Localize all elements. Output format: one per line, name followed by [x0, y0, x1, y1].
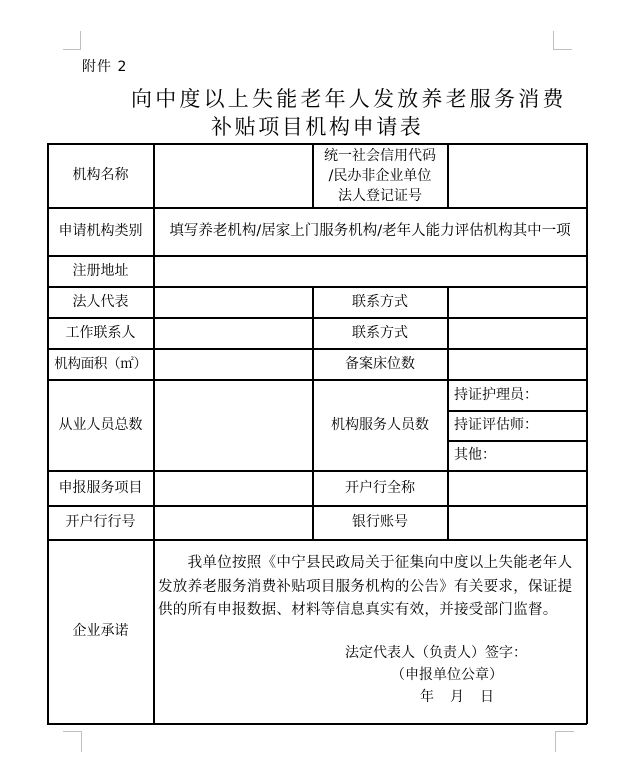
seal-label: （申报单位公章）	[391, 665, 503, 685]
corner-mark-top-right-h	[553, 49, 572, 50]
commitment-line: 供的所有申报数据、材料等信息真实有效，并接受部门监督。	[158, 599, 583, 623]
legal-rep-contact-label: 联系方式	[313, 287, 447, 317]
legal-rep-field[interactable]	[154, 287, 312, 317]
other-staff-field[interactable]: 其他：	[448, 441, 586, 470]
commitment-line: 我单位按照《中宁县民政局关于征集向中度以上失能老年人	[158, 552, 583, 576]
signature-label: 法定代表人（负责人）签字：	[345, 643, 527, 663]
corner-mark-bottom-left-v	[81, 731, 82, 752]
work-contact-field[interactable]	[154, 318, 312, 348]
certified-assessors-field[interactable]: 持证评估师：	[448, 411, 586, 440]
certified-caregivers-field[interactable]: 持证护理员：	[448, 380, 586, 410]
commitment-line: 发放养老服务消费补贴项目服务机构的公告》有关要求，保证提	[158, 576, 583, 600]
credit-code-field[interactable]	[448, 144, 586, 207]
beds-label: 备案床位数	[313, 349, 447, 379]
area-label: 机构面积（㎡）	[48, 349, 153, 379]
page-title-line-1: 向中度以上失能老年人发放养老服务消费	[131, 85, 551, 113]
address-field[interactable]	[154, 256, 586, 286]
org-name-label: 机构名称	[48, 144, 153, 207]
corner-mark-bottom-left-h	[63, 731, 82, 732]
category-label: 申请机构类别	[48, 208, 153, 255]
credit-code-label-line: 统一社会信用代码	[324, 146, 436, 166]
bank-account-label: 银行账号	[313, 506, 447, 539]
bank-name-label: 开户行全称	[313, 471, 447, 505]
total-staff-field[interactable]	[154, 380, 312, 470]
legal-rep-contact-field[interactable]	[448, 287, 586, 317]
bank-code-label: 开户行行号	[48, 506, 153, 539]
work-contact-label: 工作联系人	[48, 318, 153, 348]
category-field[interactable]: 填写养老机构/居家上门服务机构/老年人能力评估机构其中一项	[154, 208, 586, 255]
service-items-field[interactable]	[154, 471, 312, 505]
corner-mark-top-right-v	[553, 31, 554, 50]
commitment-label: 企业承诺	[48, 540, 153, 723]
credit-code-label: 统一社会信用代码 /民办非企业单位 法人登记证号	[313, 144, 447, 207]
credit-code-label-line: /民办非企业单位	[329, 166, 432, 186]
attachment-label: 附件 2	[82, 57, 127, 77]
corner-mark-bottom-right-v	[555, 731, 556, 752]
corner-mark-top-left-v	[80, 31, 81, 50]
service-staff-label: 机构服务人员数	[313, 380, 447, 470]
bank-code-field[interactable]	[154, 506, 312, 539]
work-contact-phone-field[interactable]	[448, 318, 586, 348]
page-title-line-2: 补贴项目机构申请表	[211, 113, 431, 141]
beds-field[interactable]	[448, 349, 586, 379]
corner-mark-bottom-right-h	[555, 731, 574, 732]
corner-mark-top-left-h	[63, 49, 81, 50]
credit-code-label-line: 法人登记证号	[338, 186, 422, 206]
date-label: 年 月 日	[420, 687, 495, 707]
bank-name-field[interactable]	[448, 471, 586, 505]
work-contact-phone-label: 联系方式	[313, 318, 447, 348]
area-field[interactable]	[154, 349, 312, 379]
legal-rep-label: 法人代表	[48, 287, 153, 317]
org-name-field[interactable]	[154, 144, 312, 207]
commitment-paragraph: 我单位按照《中宁县民政局关于征集向中度以上失能老年人 发放养老服务消费补贴项目服…	[158, 552, 583, 623]
total-staff-label: 从业人员总数	[48, 380, 153, 470]
bank-account-field[interactable]	[448, 506, 586, 539]
table-border-bottom	[47, 723, 587, 725]
service-items-label: 申报服务项目	[48, 471, 153, 505]
table-border-right	[586, 143, 588, 724]
address-label: 注册地址	[48, 256, 153, 286]
